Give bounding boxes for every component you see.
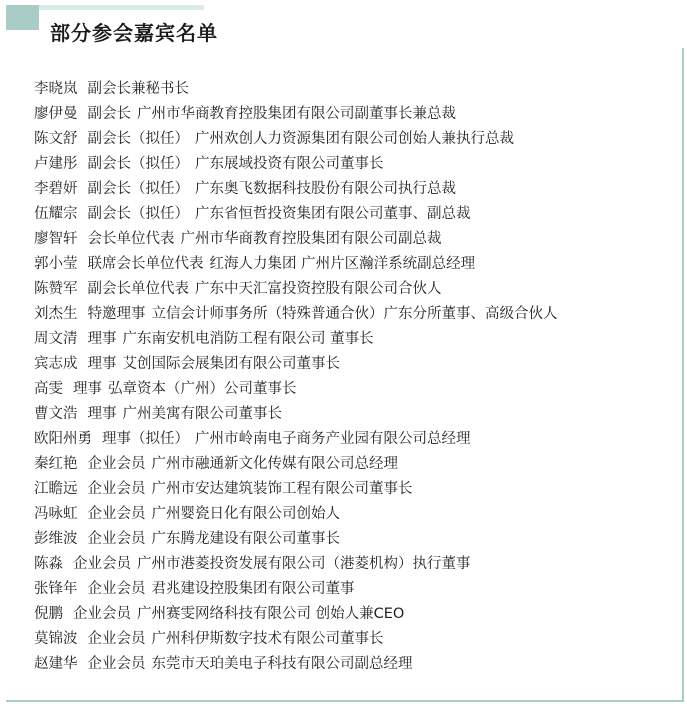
guest-name: 周文清 [34,331,78,347]
guest-role: 联席会长单位代表 [88,256,204,272]
guest-org: 广州市华商教育控股集团有限公司副总裁 [181,231,442,247]
guest-name: 刘杰生 [34,306,78,322]
guest-name: 莫锦波 [34,631,78,647]
guest-name: 李晓岚 [34,81,78,97]
guest-org: 立信会计师事务所（特殊普通合伙）广东分所董事、高级合伙人 [152,306,558,322]
page-title: 部分参会嘉宾名单 [50,17,218,46]
guest-role: 特邀理事 [88,306,146,322]
frame-border-bottom [6,700,684,702]
guest-name: 张锋年 [34,581,78,597]
guest-name: 赵建华 [34,656,78,672]
guest-row: 陈淼企业会员广州市港菱投资发展有限公司（港菱机构）执行董事 [34,552,558,577]
guest-row: 张锋年企业会员君兆建设控股集团有限公司董事 [34,577,558,602]
guest-org: 广州市安达建筑装饰工程有限公司董事长 [152,481,413,497]
guest-row: 廖伊曼副会长广州市华商教育控股集团有限公司副董事长兼总裁 [34,102,558,127]
guest-role: 副会长兼秘书长 [88,81,190,97]
guest-row: 秦红艳企业会员广州市融通新文化传媒有限公司总经理 [34,452,558,477]
guest-org: 广州美寓有限公司董事长 [123,406,283,422]
guest-role: 企业会员 [88,656,146,672]
guest-org: 广东南安机电消防工程有限公司 董事长 [123,331,374,347]
guest-org: 广州市岭南电子商务产业园有限公司总经理 [195,431,471,447]
guest-row: 宾志成理事艾创国际会展集团有限公司董事长 [34,352,558,377]
guest-org: 广州科伊斯数字技术有限公司董事长 [152,631,384,647]
guest-row: 倪鹏企业会员广州赛雯网络科技有限公司 创始人兼CEO [34,602,558,627]
guest-org: 广东省恒哲投资集团有限公司董事、副总裁 [195,206,471,222]
guest-name: 秦红艳 [34,456,78,472]
guest-role: 副会长（拟任） [88,131,190,147]
guest-name: 李碧妍 [34,181,78,197]
guest-role: 副会长（拟任） [88,206,190,222]
guest-role: 理事 [88,406,117,422]
header-decoration-square [6,5,39,30]
guest-name: 廖伊曼 [34,106,78,122]
guest-role: 副会长（拟任） [88,181,190,197]
guest-name: 曹文浩 [34,406,78,422]
guest-org: 广州市港菱投资发展有限公司（港菱机构）执行董事 [137,556,471,572]
guest-row: 莫锦波企业会员广州科伊斯数字技术有限公司董事长 [34,627,558,652]
guest-row: 廖智轩会长单位代表广州市华商教育控股集团有限公司副总裁 [34,227,558,252]
guest-role: 副会长 [88,106,132,122]
guest-name: 宾志成 [34,356,78,372]
guest-name: 高雯 [34,381,63,397]
guest-org: 君兆建设控股集团有限公司董事 [152,581,355,597]
guest-row: 陈赞军副会长单位代表广东中天汇富投资控股有限公司合伙人 [34,277,558,302]
guest-row: 冯咏虹企业会员广州婴瓷日化有限公司创始人 [34,502,558,527]
guest-org: 弘章资本（广州）公司董事长 [108,381,297,397]
guest-name: 陈淼 [34,556,63,572]
guest-row: 伍耀宗副会长（拟任）广东省恒哲投资集团有限公司董事、副总裁 [34,202,558,227]
guest-name: 冯咏虹 [34,506,78,522]
guest-role: 企业会员 [88,506,146,522]
guest-org: 广东腾龙建设有限公司董事长 [152,531,341,547]
guest-row: 江瞻远企业会员广州市安达建筑装饰工程有限公司董事长 [34,477,558,502]
guest-row: 郭小莹联席会长单位代表红海人力集团 广州片区瀚洋系统副总经理 [34,252,558,277]
guest-role: 企业会员 [88,581,146,597]
guest-name: 卢建彤 [34,156,78,172]
guest-role: 企业会员 [73,556,131,572]
guest-name: 陈文舒 [34,131,78,147]
guest-role: 理事（拟任） [102,431,189,447]
guest-org: 广州市融通新文化传媒有限公司总经理 [152,456,399,472]
guest-role: 企业会员 [88,456,146,472]
guest-row: 彭维波企业会员广东腾龙建设有限公司董事长 [34,527,558,552]
guest-org: 东莞市天珀美电子科技有限公司副总经理 [152,656,413,672]
guest-role: 企业会员 [88,531,146,547]
guest-role: 副会长（拟任） [88,156,190,172]
header-decoration-strip [39,5,204,10]
guest-org: 广州赛雯网络科技有限公司 创始人兼CEO [137,606,404,622]
guest-name: 江瞻远 [34,481,78,497]
guest-name: 郭小莹 [34,256,78,272]
guest-row: 陈文舒副会长（拟任）广州欢创人力资源集团有限公司创始人兼执行总裁 [34,127,558,152]
guest-row: 刘杰生特邀理事立信会计师事务所（特殊普通合伙）广东分所董事、高级合伙人 [34,302,558,327]
guest-role: 理事 [88,331,117,347]
guest-role: 企业会员 [88,631,146,647]
guest-role: 理事 [88,356,117,372]
guest-row: 赵建华企业会员东莞市天珀美电子科技有限公司副总经理 [34,652,558,677]
guest-org: 广东奥飞数据科技股份有限公司执行总裁 [195,181,456,197]
guest-name: 倪鹏 [34,606,63,622]
guest-name: 欧阳州勇 [34,431,92,447]
guest-org: 广东展域投资有限公司董事长 [195,156,384,172]
guest-row: 李晓岚副会长兼秘书长 [34,77,558,102]
guest-name: 陈赞军 [34,281,78,297]
guest-row: 卢建彤副会长（拟任）广东展域投资有限公司董事长 [34,152,558,177]
guest-row: 高雯理事弘章资本（广州）公司董事长 [34,377,558,402]
guest-role: 理事 [73,381,102,397]
guest-org: 广州欢创人力资源集团有限公司创始人兼执行总裁 [195,131,514,147]
guest-name: 伍耀宗 [34,206,78,222]
guest-org: 广州市华商教育控股集团有限公司副董事长兼总裁 [137,106,456,122]
guest-row: 曹文浩理事广州美寓有限公司董事长 [34,402,558,427]
guest-role: 企业会员 [88,481,146,497]
guest-row: 周文清理事广东南安机电消防工程有限公司 董事长 [34,327,558,352]
guest-org: 红海人力集团 广州片区瀚洋系统副总经理 [210,256,476,272]
guest-row: 李碧妍副会长（拟任）广东奥飞数据科技股份有限公司执行总裁 [34,177,558,202]
guest-org: 广东中天汇富投资控股有限公司合伙人 [195,281,442,297]
guest-list: 李晓岚副会长兼秘书长 廖伊曼副会长广州市华商教育控股集团有限公司副董事长兼总裁 … [34,77,558,677]
guest-name: 廖智轩 [34,231,78,247]
guest-role: 企业会员 [73,606,131,622]
guest-row: 欧阳州勇理事（拟任）广州市岭南电子商务产业园有限公司总经理 [34,427,558,452]
guest-name: 彭维波 [34,531,78,547]
guest-role: 会长单位代表 [88,231,175,247]
guest-org: 广州婴瓷日化有限公司创始人 [152,506,341,522]
frame-border-right [682,48,684,702]
guest-org: 艾创国际会展集团有限公司董事长 [123,356,341,372]
guest-role: 副会长单位代表 [88,281,190,297]
